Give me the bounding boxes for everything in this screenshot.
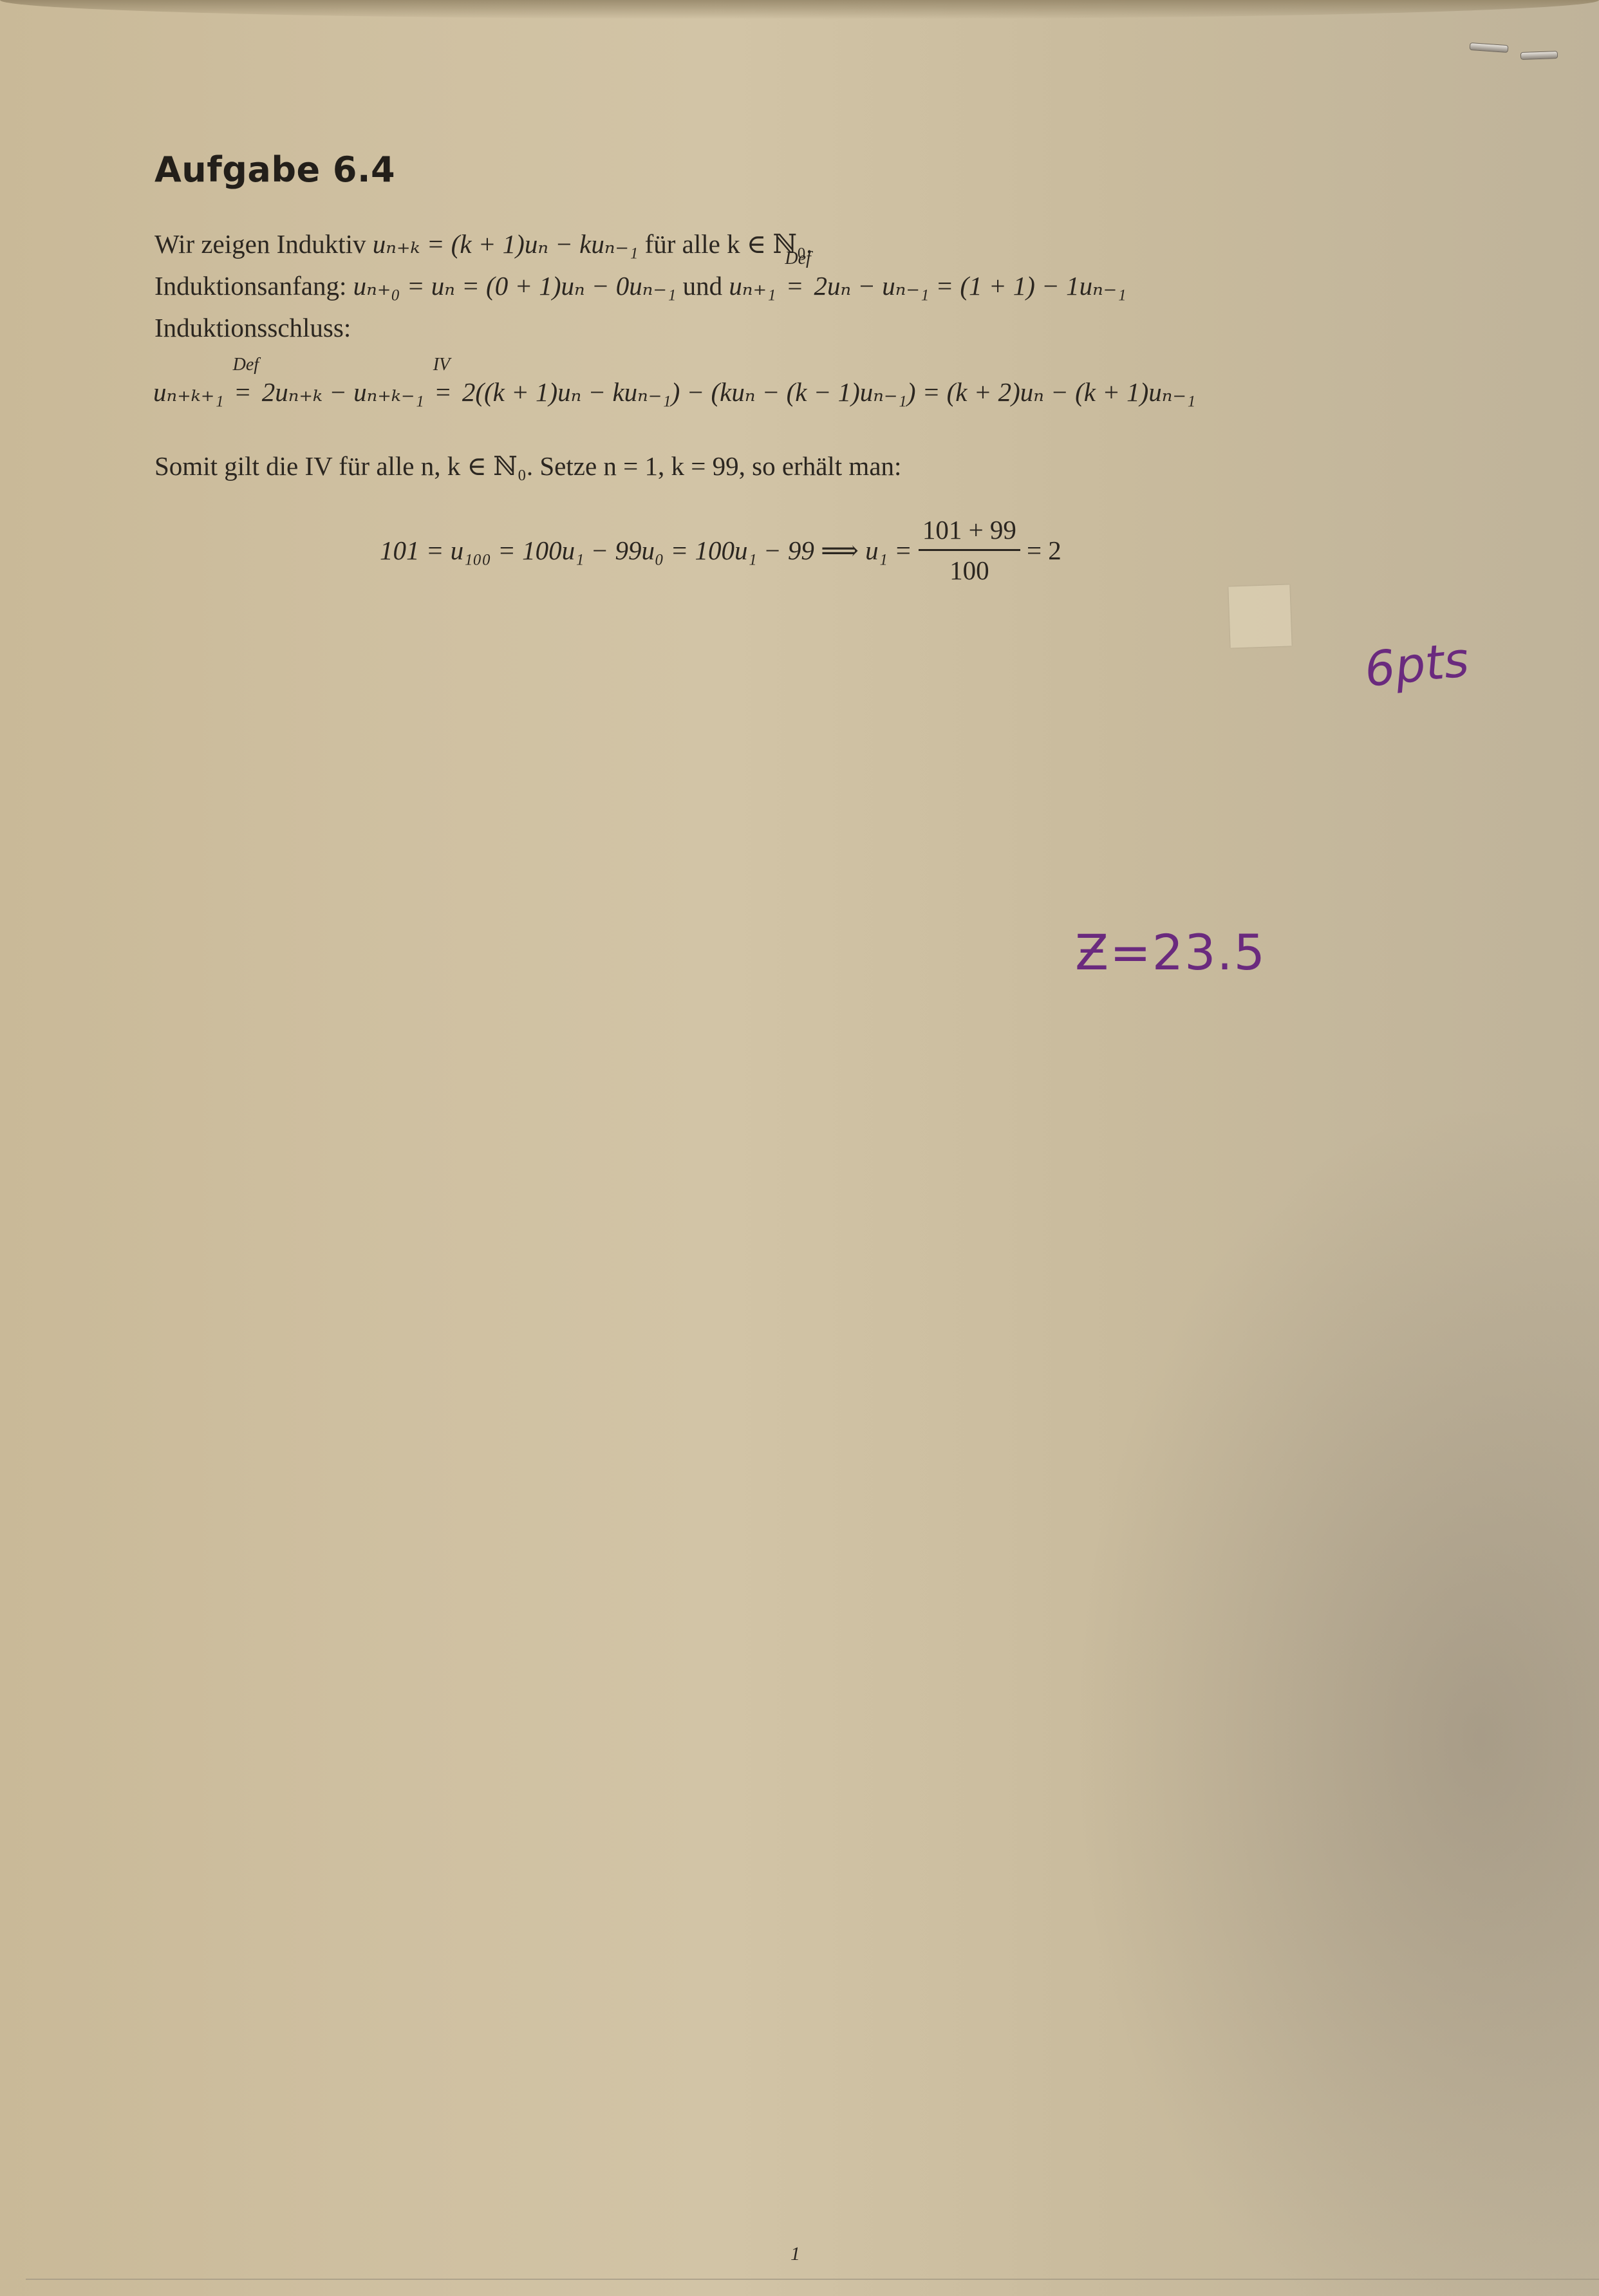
- induction-claim: Wir zeigen Induktiv uₙ₊ₖ = (k + 1)uₙ − k…: [154, 229, 812, 259]
- paper-sheet: [0, 0, 1599, 2296]
- base-formula-c: 2uₙ − uₙ₋₁ = (1 + 1) − 1uₙ₋₁: [814, 271, 1126, 301]
- result-equation: 101 = u₁₀₀ = 100u₁ − 99u₀ = 100u₁ − 99 ⟹…: [380, 510, 1061, 590]
- base-formula-a: uₙ₊₀ = uₙ = (0 + 1)uₙ − 0uₙ₋₁: [353, 271, 677, 301]
- step-formula-c: 2((k + 1)uₙ − kuₙ₋₁) − (kuₙ − (k − 1)uₙ₋…: [462, 377, 1195, 407]
- claim-formula: uₙ₊ₖ = (k + 1)uₙ − kuₙ₋₁: [373, 229, 639, 259]
- fraction-denominator: 100: [949, 551, 989, 590]
- base-label: Induktionsanfang:: [154, 271, 353, 301]
- def-equals: Def=: [236, 377, 250, 407]
- induction-step-label: Induktionsschluss:: [154, 312, 351, 343]
- result-lhs: 101 = u₁₀₀ = 100u₁ − 99u₀ = 100u₁ − 99 ⟹…: [380, 535, 912, 566]
- step-formula-a: uₙ₊ₖ₊₁: [153, 377, 224, 407]
- sheet-bottom-edge: [26, 2279, 1599, 2280]
- page-number: 1: [790, 2243, 800, 2265]
- def-equals: Def=: [787, 270, 802, 301]
- claim-text: Wir zeigen Induktiv: [154, 229, 373, 259]
- induction-base: Induktionsanfang: uₙ₊₀ = uₙ = (0 + 1)uₙ …: [154, 270, 1127, 301]
- result-fraction: 101 + 99 100: [919, 510, 1020, 590]
- iv-label: IV: [433, 355, 450, 375]
- def-label: Def: [233, 355, 259, 375]
- def-label: Def: [785, 248, 810, 269]
- handwritten-points: 6pts: [1362, 632, 1472, 698]
- handwritten-total: Ƶ=23.5: [1075, 924, 1266, 981]
- base-und: und: [676, 271, 729, 301]
- tape-patch: [1228, 584, 1291, 648]
- induction-step: uₙ₊ₖ₊₁Def=2uₙ₊ₖ − uₙ₊ₖ₋₁IV=2((k + 1)uₙ −…: [153, 377, 1195, 407]
- step-formula-b: 2uₙ₊ₖ − uₙ₊ₖ₋₁: [262, 377, 424, 407]
- exercise-heading: Aufgabe 6.4: [154, 149, 395, 190]
- iv-equals: IV=: [436, 377, 451, 407]
- conclusion-text: Somit gilt die IV für alle n, k ∈ ℕ₀. Se…: [154, 451, 901, 481]
- result-rhs: = 2: [1027, 535, 1061, 566]
- base-formula-b: uₙ₊₁: [729, 271, 776, 301]
- fraction-numerator: 101 + 99: [919, 510, 1020, 551]
- staple-icon: [1520, 51, 1558, 60]
